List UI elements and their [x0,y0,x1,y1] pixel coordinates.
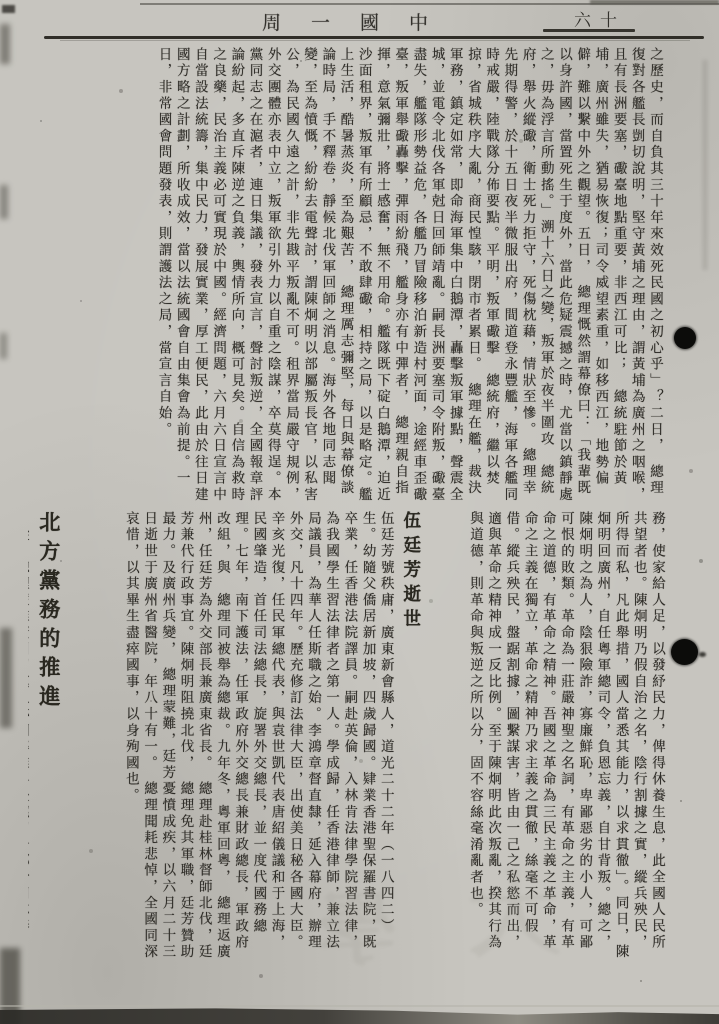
article-north-heading: 北方黨務的推進 [34,511,114,961]
article-top-columns: 之歷史，而自負其三十年來效死民國之初心乎」？二日， 總理復對各艦長剴切說明，堅守… [36,47,664,505]
scan-smudge [0,333,7,359]
bottom-scan-band [0,1007,719,1024]
article-wu-heading: 伍廷芳逝世 [400,511,459,961]
punch-hole-top [674,327,696,349]
bleedthrough-ghost: 學 [314,865,398,983]
scan-smudge [0,628,12,728]
scan-smudge [590,0,719,4]
page-title: 周一國中 [185,8,535,35]
bleedthrough-ghost: 大 [466,840,563,975]
header-rule-shadow [60,40,690,41]
punch-hole-bottom [671,639,698,665]
scan-crease [0,1005,719,1007]
page-number: 六十 [560,6,640,31]
scan-smudge [2,5,15,13]
scan-smudge [703,60,707,270]
header-rule [44,36,704,39]
page-number-underline [543,29,635,32]
magazine-page: 周一國中 六十 之歷史，而自負其三十年來效死民國之初心乎」？二日， 總理復對各艦… [0,0,719,1024]
article-north-columns: 自從 總理蒙難廣州，黨人亦相率離粵赴滬，一部份同志奉 總理之命，轉程北上，謀北方… [28,511,30,961]
scan-smudge [0,185,8,219]
punch-hole-smudge [699,652,706,657]
scan-smudge [0,24,10,64]
noise-speckles [0,0,2,2]
